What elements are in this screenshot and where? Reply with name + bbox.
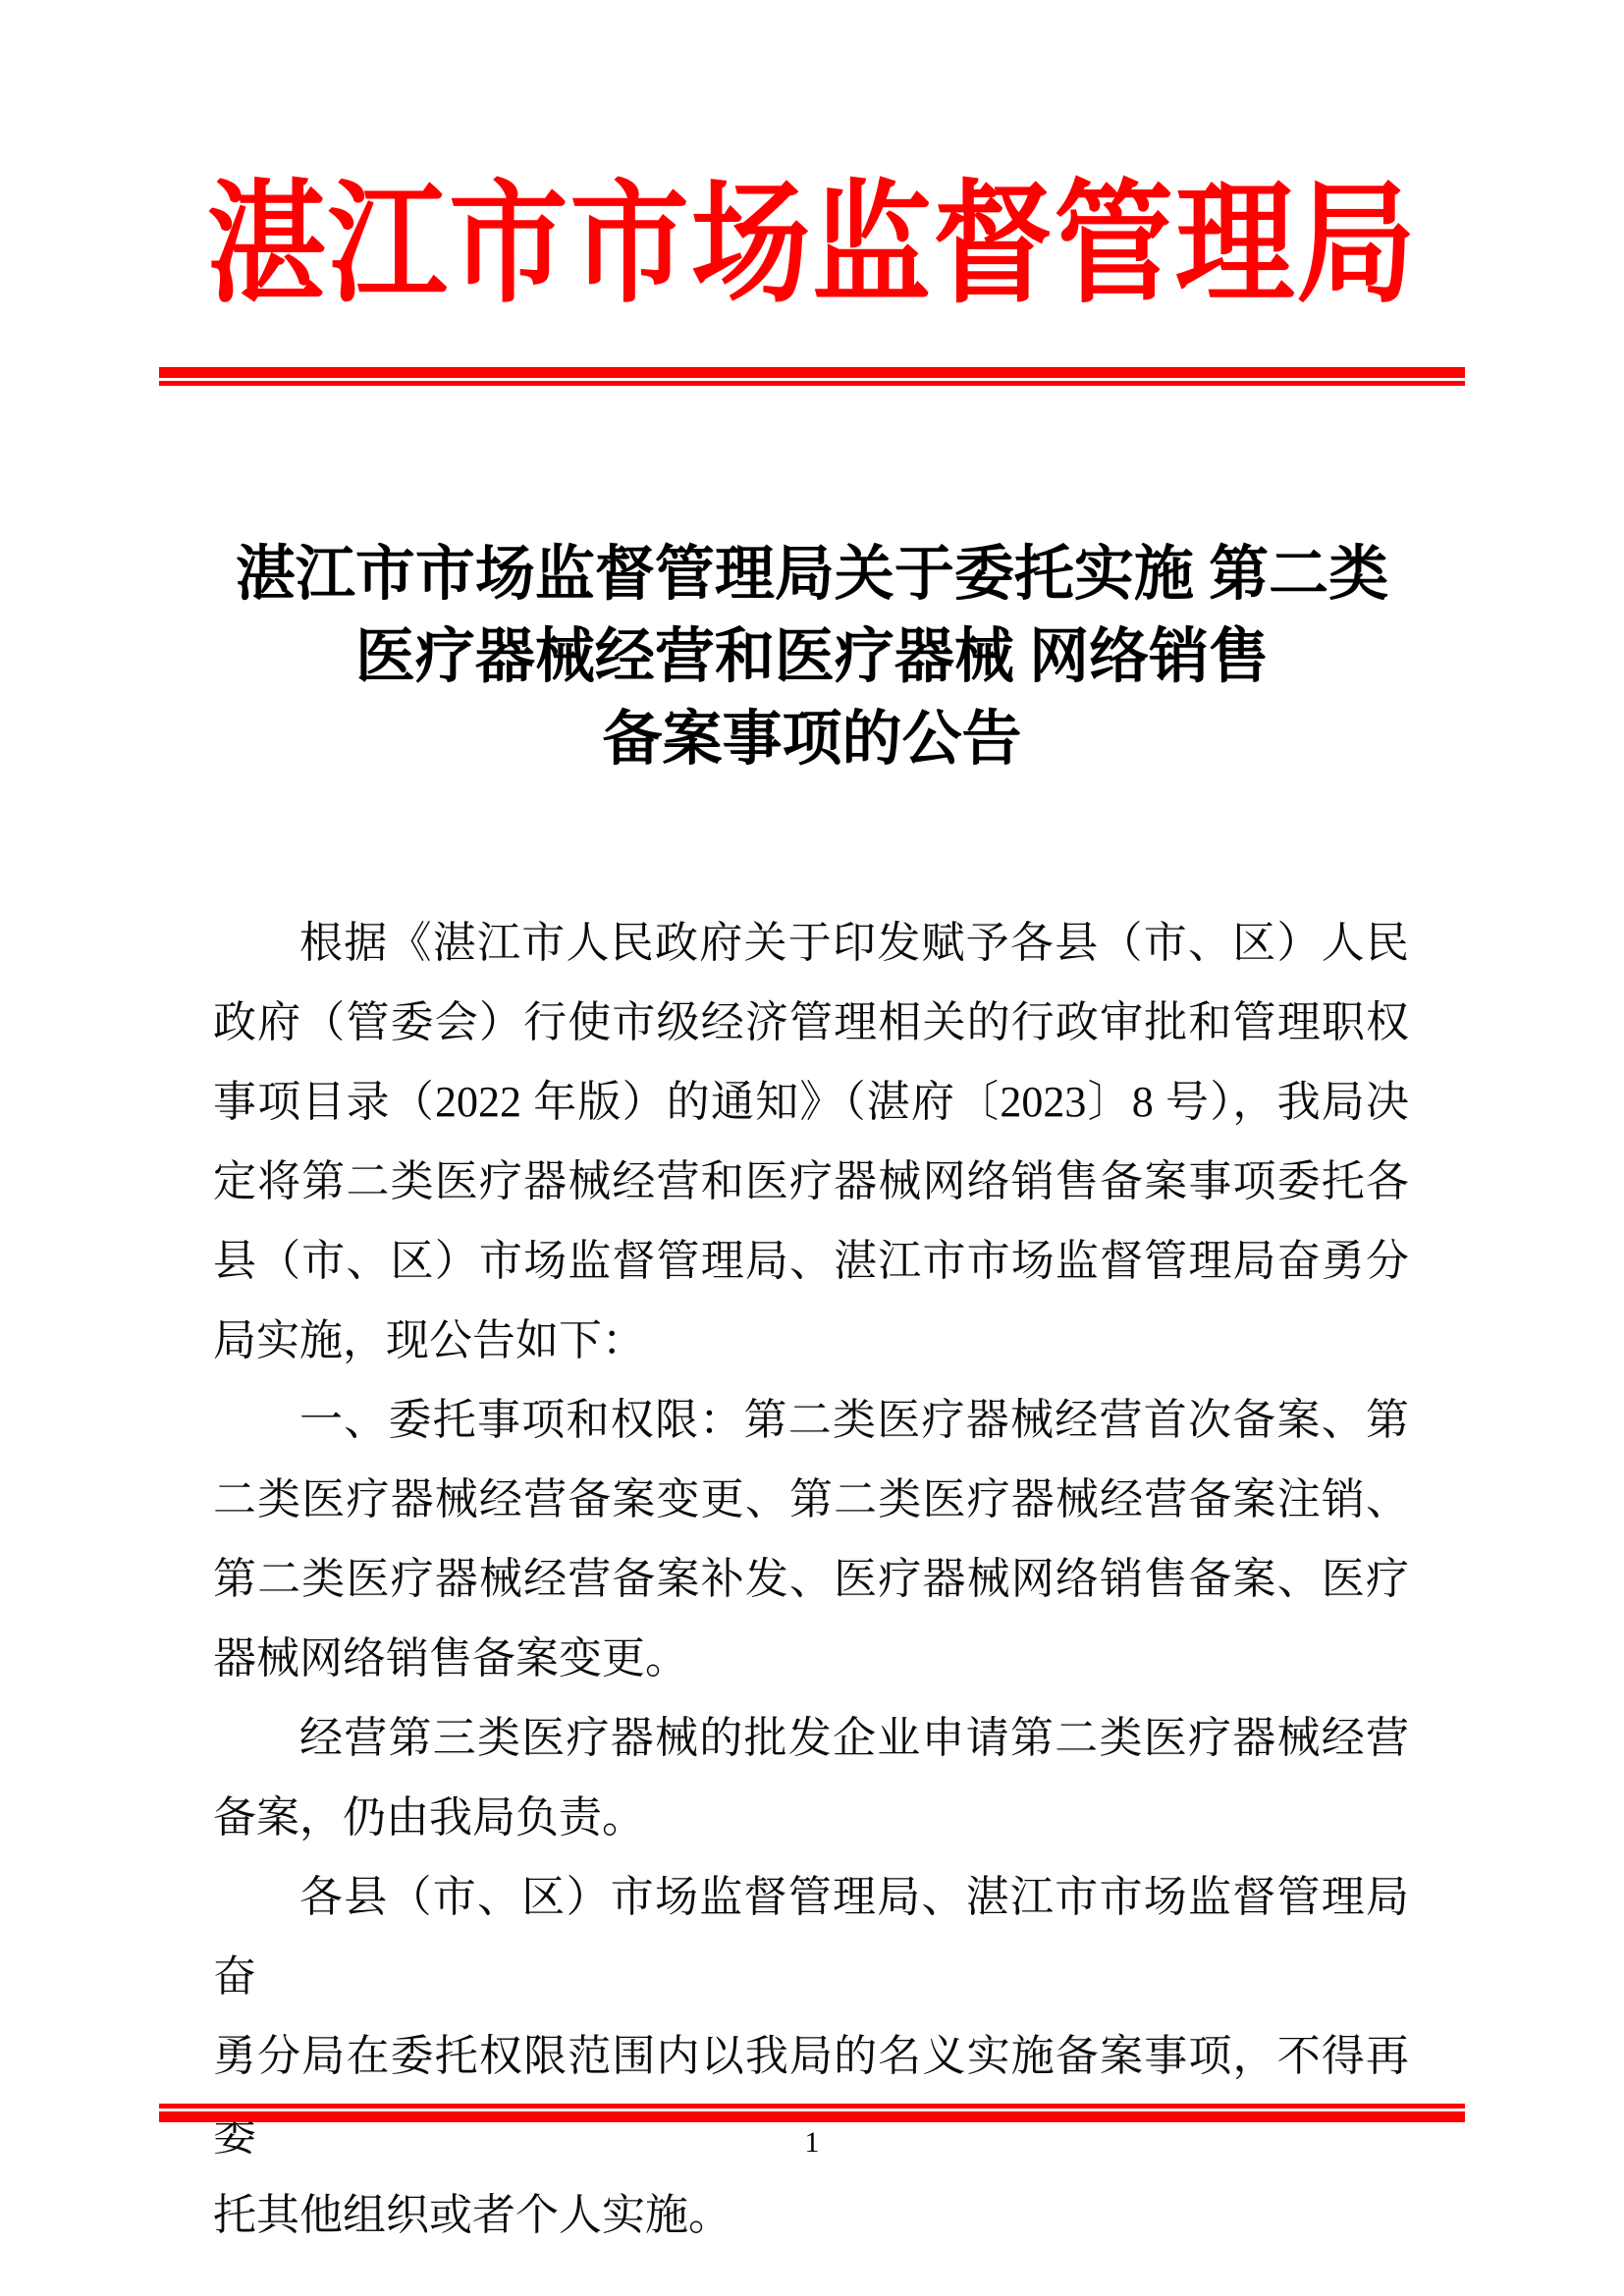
body-line: 托其他组织或者个人实施。 xyxy=(213,2175,1409,2255)
body-line: 第二类医疗器械经营备案补发、医疗器械网络销售备案、医疗 xyxy=(213,1539,1409,1619)
body-line: 一、委托事项和权限：第二类医疗器械经营首次备案、第 xyxy=(213,1380,1409,1460)
document-title-line: 医疗器械经营和医疗器械 网络销售 xyxy=(108,616,1516,699)
body-line: 定将第二类医疗器械经营和医疗器械网络销售备案事项委托各 xyxy=(213,1142,1409,1221)
document-page: 湛江市市场监督管理局 湛江市市场监督管理局关于委托实施 第二类 医疗器械经营和医… xyxy=(0,0,1624,2296)
body-line: 政府（管委会）行使市级经济管理相关的行政审批和管理职权 xyxy=(213,983,1409,1062)
body-line: 经营第三类医疗器械的批发企业申请第二类医疗器械经营 xyxy=(213,1698,1409,1778)
body-line: 根据《湛江市人民政府关于印发赋予各县（市、区）人民 xyxy=(213,903,1409,983)
body-line: 二类医疗器械经营备案变更、第二类医疗器械经营备案注销、 xyxy=(213,1460,1409,1539)
body-line: 县（市、区）市场监督管理局、湛江市市场监督管理局奋勇分 xyxy=(213,1221,1409,1301)
rule-thin-bar xyxy=(159,381,1465,386)
agency-banner-title: 湛江市市场监督管理局 xyxy=(81,165,1543,327)
rule-thick-bar xyxy=(159,367,1465,378)
body-line: 器械网络销售备案变更。 xyxy=(213,1619,1409,1698)
body-line: 局实施，现公告如下： xyxy=(213,1301,1409,1380)
body-line: 事项目录（2022 年版）的通知》（湛府〔2023〕8 号），我局决 xyxy=(213,1062,1409,1142)
red-double-rule-bottom xyxy=(159,2104,1465,2122)
document-body: 根据《湛江市人民政府关于印发赋予各县（市、区）人民 政府（管委会）行使市级经济管… xyxy=(213,903,1409,2255)
document-title-line: 湛江市市场监督管理局关于委托实施 第二类 xyxy=(108,534,1516,616)
document-title-line: 备案事项的公告 xyxy=(108,699,1516,781)
rule-thick-bar xyxy=(159,2111,1465,2122)
body-line: 备案，仍由我局负责。 xyxy=(213,1778,1409,1857)
document-title: 湛江市市场监督管理局关于委托实施 第二类 医疗器械经营和医疗器械 网络销售 备案… xyxy=(108,534,1516,781)
red-double-rule-top xyxy=(159,367,1465,386)
page-number: 1 xyxy=(0,2126,1624,2160)
body-line: 各县（市、区）市场监督管理局、湛江市市场监督管理局奋 xyxy=(213,1857,1409,2016)
